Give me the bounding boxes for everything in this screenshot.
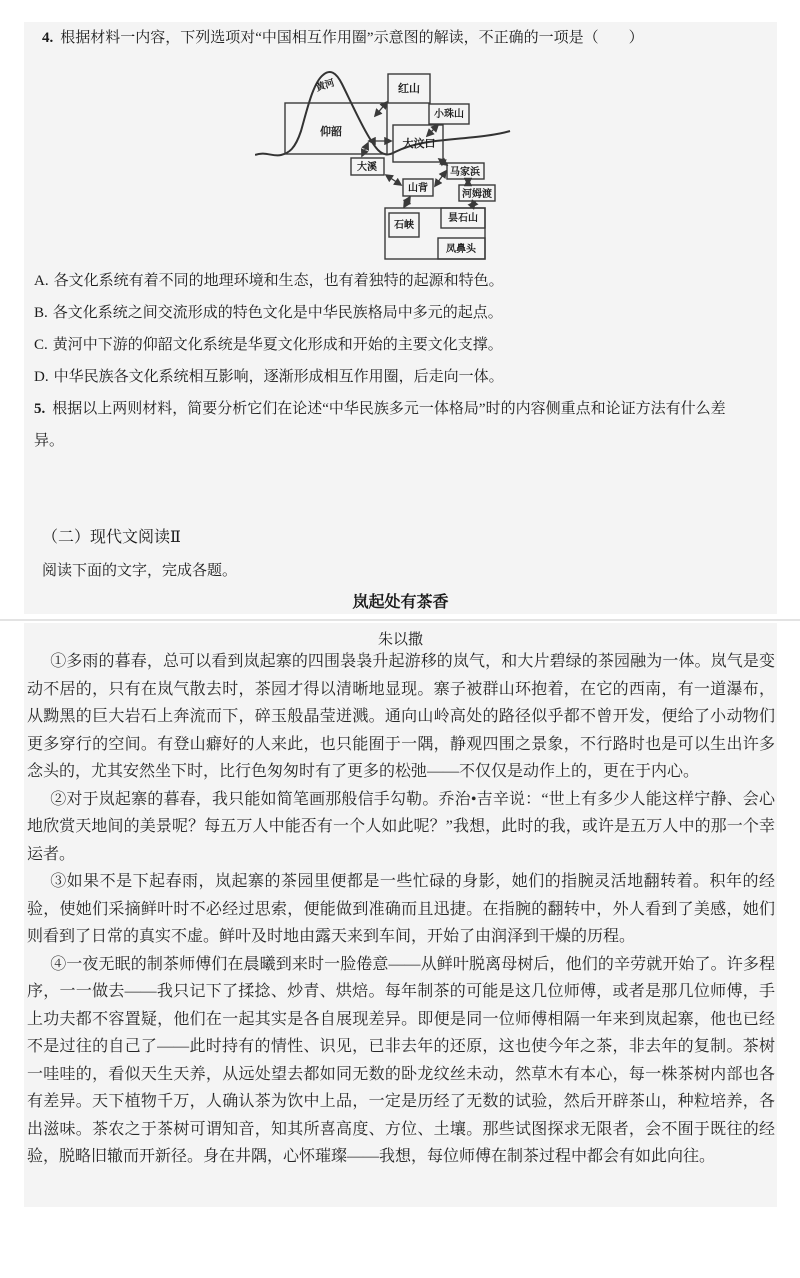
option-c: C.黄河中下游的仰韶文化系统是华夏文化形成和开始的主要文化支撑。 <box>34 329 746 361</box>
diagram-node-tanshishan: 昙石山 <box>441 208 485 228</box>
essay-paragraph-4: ④一夜无眠的制茶师傅们在晨曦到来时一脸倦意——从鲜叶脱离母树后，他们的辛劳就开始… <box>27 951 775 1171</box>
diagram-node-hemudu: 河姆渡 <box>459 185 495 201</box>
svg-text:红山: 红山 <box>398 81 420 95</box>
arrow-shanbei-majiabang <box>435 171 446 186</box>
arrow-xiaozhushan-dawenkou <box>427 125 438 136</box>
question-5: 5.根据以上两则材料，简要分析它们在论述“中华民族多元一体格局”时的内容侧重点和… <box>34 393 746 457</box>
exam-document-viewer: 4.根据材料一内容，下列选项对“中国相互作用圈”示意图的解读，不正确的一项是（ … <box>0 0 800 1278</box>
option-d-text: 中华民族各文化系统相互影响，逐渐形成相互作用圈，后走向一体。 <box>54 369 504 385</box>
essay-paragraph-3: ③如果不是下起春雨，岚起寨的茶园里便都是一些忙碌的身影，她们的指腕灵活地翻转着。… <box>27 868 775 951</box>
exam-page-1: 4.根据材料一内容，下列选项对“中国相互作用圈”示意图的解读，不正确的一项是（ … <box>24 22 777 614</box>
arrow-hemudu-tanshishan <box>471 202 475 207</box>
exam-page-2: 朱以撒 ①多雨的暮春，总可以看到岚起寨的四围袅袅升起游移的岚气，和大片碧绿的茶园… <box>24 623 777 1207</box>
diagram-node-shanbei: 山背 <box>403 179 433 196</box>
question-5-text: 根据以上两则材料，简要分析它们在论述“中华民族多元一体格局”时的内容侧重点和论证… <box>34 401 726 449</box>
arrow-daxi-shanbei <box>386 175 401 185</box>
diagram-node-daxi: 大溪 <box>351 158 384 175</box>
diagram-node-hongshan: 红山 <box>388 74 430 103</box>
essay-author: 朱以撒 <box>24 628 777 649</box>
page-separator <box>0 619 800 621</box>
essay-paragraph-2: ②对于岚起寨的暮春，我只能如简笔画那般信手勾勒。乔治•吉辛说：“世上有多少人能这… <box>27 786 775 869</box>
question-4-number: 4. <box>42 30 53 46</box>
essay-title: 岚起处有茶香 <box>24 589 777 612</box>
option-c-letter: C. <box>34 337 48 353</box>
svg-text:石峡: 石峡 <box>394 218 414 231</box>
svg-text:大汶口: 大汶口 <box>403 136 436 150</box>
question-4-text: 根据材料一内容，下列选项对“中国相互作用圈”示意图的解读，不正确的一项是（ ） <box>60 30 643 46</box>
option-a-letter: A. <box>34 273 49 289</box>
svg-text:河姆渡: 河姆渡 <box>462 187 492 200</box>
question-5-number: 5. <box>34 401 45 417</box>
option-d: D.中华民族各文化系统相互影响，逐渐形成相互作用圈，后走向一体。 <box>34 361 746 393</box>
option-b-letter: B. <box>34 305 48 321</box>
options-list: A.各文化系统有着不同的地理环境和生态，也有着独特的起源和特色。 B.各文化系统… <box>34 265 746 457</box>
svg-text:凤鼻头: 凤鼻头 <box>446 242 477 255</box>
reading-instruction: 阅读下面的文字，完成各题。 <box>42 559 237 580</box>
diagram-node-dawenkou: 大汶口 <box>393 125 443 162</box>
diagram-node-fengbitou: 凤鼻头 <box>438 238 485 259</box>
option-b-text: 各文化系统之间交流形成的特色文化是中华民族格局中多元的起点。 <box>53 305 503 321</box>
svg-text:大溪: 大溪 <box>357 160 377 173</box>
yellow-river-curve <box>255 72 510 155</box>
diagram-node-majiabang: 马家浜 <box>447 163 484 179</box>
option-d-letter: D. <box>34 369 49 385</box>
svg-text:山背: 山背 <box>408 181 428 194</box>
option-a-text: 各文化系统有着不同的地理环境和生态，也有着独特的起源和特色。 <box>54 273 504 289</box>
svg-text:昙石山: 昙石山 <box>448 211 478 224</box>
option-c-text: 黄河中下游的仰韶文化系统是华夏文化形成和开始的主要文化支撑。 <box>53 337 503 353</box>
svg-text:马家浜: 马家浜 <box>450 165 481 178</box>
arrow-shanbei-southgroup <box>404 197 410 207</box>
option-a: A.各文化系统有着不同的地理环境和生态，也有着独特的起源和特色。 <box>34 265 746 297</box>
diagram-node-yangshao: 仰韶 <box>285 103 387 154</box>
interaction-circle-diagram: 黄河 仰韶 红山 小珠山 大汶口 大溪 <box>255 55 525 270</box>
option-b: B.各文化系统之间交流形成的特色文化是中华民族格局中多元的起点。 <box>34 297 746 329</box>
svg-text:仰韶: 仰韶 <box>320 124 342 138</box>
essay-body: ①多雨的暮春，总可以看到岚起寨的四围袅袅升起游移的岚气，和大片碧绿的茶园融为一体… <box>27 648 775 1171</box>
diagram-node-xiaozhushan: 小珠山 <box>429 104 469 124</box>
yellow-river-label: 黄河 <box>314 76 336 93</box>
essay-paragraph-1: ①多雨的暮春，总可以看到岚起寨的四围袅袅升起游移的岚气，和大片碧绿的茶园融为一体… <box>27 648 775 786</box>
diagram-node-shixia: 石峡 <box>389 213 419 237</box>
svg-text:小珠山: 小珠山 <box>434 107 464 120</box>
section-heading: （二）现代文阅读Ⅱ <box>42 524 181 547</box>
arrow-hongshan-yangshao <box>375 102 387 116</box>
question-4: 4.根据材料一内容，下列选项对“中国相互作用圈”示意图的解读，不正确的一项是（ … <box>42 27 758 49</box>
